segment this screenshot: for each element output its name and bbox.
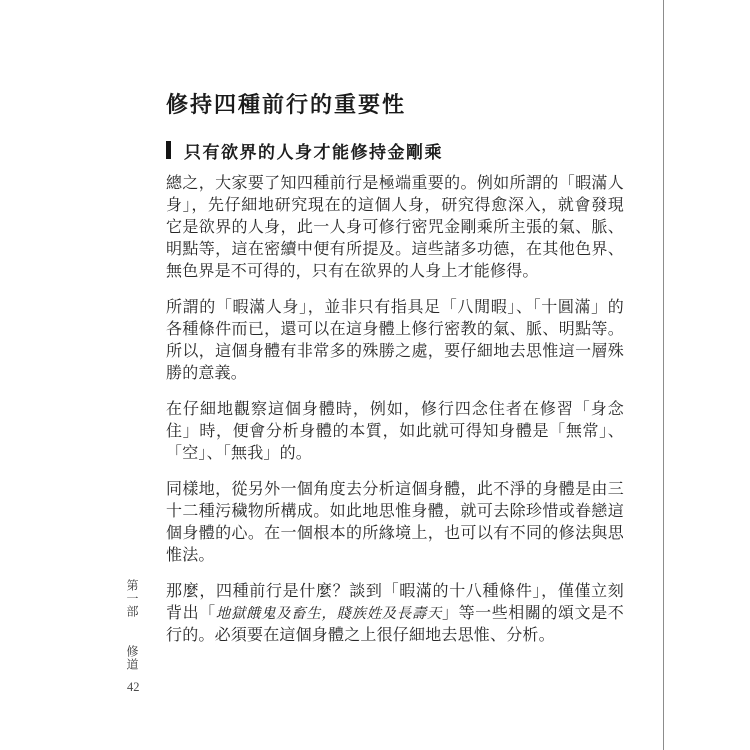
section-title: 只有欲界的人身才能修持金剛乘 bbox=[184, 138, 443, 163]
paragraph-1: 總之，大家要了知四種前行是極端重要的。例如所謂的「暇滿人身」，先仔細地研究現在的… bbox=[166, 173, 624, 283]
verse-quote: 地獄餓鬼及畜生，賤族姓及長壽天 bbox=[216, 606, 442, 622]
page-title: 修持四種前行的重要性 bbox=[166, 92, 624, 118]
page-content: 修持四種前行的重要性 只有欲界的人身才能修持金剛乘 總之，大家要了知四種前行是極… bbox=[166, 92, 624, 661]
chapter-section-label: 修道 bbox=[125, 645, 139, 671]
section-marker-bar bbox=[166, 141, 171, 159]
section-header: 只有欲界的人身才能修持金剛乘 bbox=[166, 140, 624, 160]
chapter-marker: 第一部 修道 bbox=[124, 579, 141, 671]
chapter-part-label: 第一部 bbox=[125, 579, 139, 618]
body-text: 總之，大家要了知四種前行是極端重要的。例如所謂的「暇滿人身」，先仔細地研究現在的… bbox=[166, 173, 624, 647]
page-edge-line bbox=[663, 0, 664, 750]
paragraph-5: 那麼，四種前行是什麼？談到「暇滿的十八種條件」，僅僅立刻背出「地獄餓鬼及畜生，賤… bbox=[166, 581, 624, 647]
paragraph-4: 同樣地，從另外一個角度去分析這個身體，此不淨的身體是由三十二種污穢物所構成。如此… bbox=[166, 479, 624, 567]
page-number: 42 bbox=[127, 680, 140, 695]
paragraph-2: 所謂的「暇滿人身」，並非只有指具足「八閒暇」、「十圓滿」的各種條件而已，還可以在… bbox=[166, 297, 624, 385]
paragraph-3: 在仔細地觀察這個身體時，例如，修行四念住者在修習「身念住」時，便會分析身體的本質… bbox=[166, 399, 624, 465]
book-page: 第一部 修道 42 修持四種前行的重要性 只有欲界的人身才能修持金剛乘 總之，大… bbox=[0, 0, 750, 750]
